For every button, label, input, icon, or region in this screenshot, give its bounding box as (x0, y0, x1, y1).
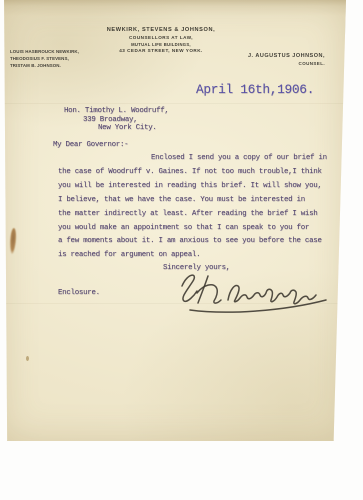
date-line: April 16th,1906. (196, 82, 314, 97)
salutation: My Dear Governor:- (53, 141, 128, 149)
paper-speck-mark (26, 356, 29, 361)
paper-stain-mark (9, 228, 17, 254)
letter-body: Enclosed I send you a copy of our brief … (58, 152, 350, 263)
signature-svg (172, 268, 336, 316)
firm-subtitle-building: MUTUAL LIFE BUILDINGS, (2, 42, 320, 47)
recipient-city-line: New York City. (98, 124, 169, 133)
counsel-block: J. AUGUSTUS JOHNSON, COUNSEL. (248, 53, 325, 66)
letter-paper: NEWKIRK, STEVENS & JOHNSON, COUNSELLORS … (2, 0, 346, 441)
signature-handwriting (172, 268, 336, 316)
counsel-title: COUNSEL. (248, 61, 325, 66)
recipient-street-line: 339 Broadway, (83, 116, 169, 125)
firm-name: NEWKIRK, STEVENS & JOHNSON, (2, 27, 320, 33)
enclosure-note: Enclosure. (58, 289, 100, 297)
firm-subtitle-counsellors: COUNSELLORS AT LAW, (2, 35, 320, 40)
recipient-address: Hon. Timothy L. Woodruff, 339 Broadway, … (64, 107, 169, 133)
counsel-name: J. AUGUSTUS JOHNSON, (248, 53, 325, 59)
paper-fold-crease-top (2, 103, 346, 104)
partners-list: LOUIS HASBROUCK NEWKIRK, THEODOSIUS F. S… (10, 48, 79, 69)
recipient-name-line: Hon. Timothy L. Woodruff, (64, 107, 169, 116)
